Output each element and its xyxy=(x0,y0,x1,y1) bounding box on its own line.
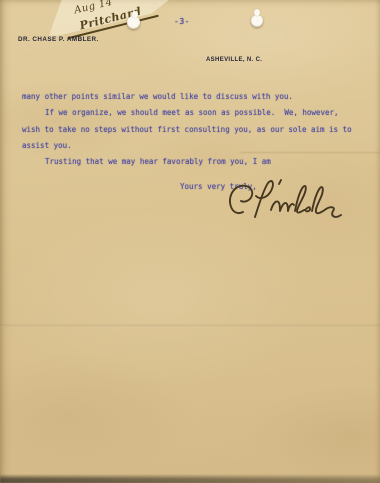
body-line-5: Trusting that we may hear favorably from… xyxy=(22,154,367,170)
body-line-3: wish to take no steps without first cons… xyxy=(22,122,367,138)
paper-texture xyxy=(0,0,380,483)
fold-crease-lower xyxy=(0,325,380,327)
body-line-1: many other points similar we would like … xyxy=(22,89,367,105)
letterhead-doctor-name: DR. CHASE P. AMBLER. xyxy=(18,36,99,43)
body-line-2: If we organize, we should meet as soon a… xyxy=(22,105,367,121)
body-line-4: assist you. xyxy=(22,138,367,154)
page-number: -3- xyxy=(168,17,196,26)
handwritten-annotation: Aug 14 Pritchard xyxy=(62,0,172,40)
letterhead-city: ASHEVILLE, N. C. xyxy=(206,57,262,63)
letter-body: many other points similar we would like … xyxy=(22,89,367,170)
punch-hole-right xyxy=(251,15,263,27)
bottom-edge-shadow xyxy=(0,474,380,483)
punch-hole-left xyxy=(127,16,140,29)
signature xyxy=(226,180,342,228)
letter-page: Aug 14 Pritchard -3- DR. CHASE P. AMBLER… xyxy=(0,0,380,483)
